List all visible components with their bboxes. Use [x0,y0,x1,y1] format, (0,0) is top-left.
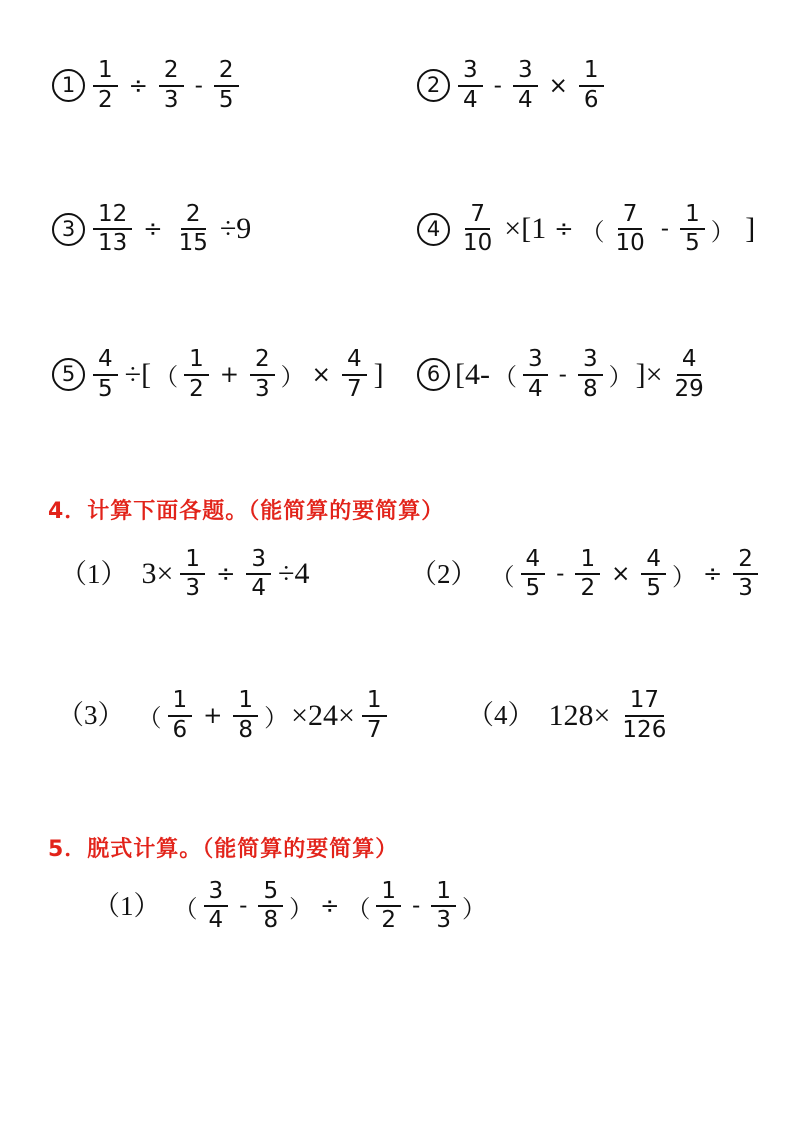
section5-row-1: （1）（34-58）÷（12-13） [93,879,793,935]
expression-token: ÷9 [220,214,251,244]
expression-token: ） [281,357,305,392]
fraction: 215 [174,202,213,258]
fraction-numerator: 4 [342,347,367,376]
expression-token: - [559,362,567,388]
fraction: 34 [246,547,271,603]
section4-problem-2: （2）（45-12×45）÷23 [410,547,763,603]
fraction-denominator: 3 [431,907,456,934]
fraction: 34 [523,347,548,403]
expression-token: ） [672,557,696,592]
expression-token: ） [609,357,633,392]
expression-token: ） [264,698,288,733]
fraction-denominator: 2 [575,575,600,602]
problem-circled-2: 234-34×16 [417,58,609,114]
fraction-denominator: 5 [680,230,705,257]
fraction: 710 [610,202,649,258]
problem-cell: （2）（45-12×45）÷23 [410,547,763,603]
fraction-numerator: 3 [204,879,229,908]
fraction-numerator: 3 [523,347,548,376]
problem-cell: （1）3×13÷34÷4 [60,547,410,603]
fraction: 38 [578,347,603,403]
fraction: 18 [233,688,258,744]
fraction-denominator: 5 [93,376,118,403]
fraction: 45 [641,547,666,603]
fraction-denominator: 6 [579,87,604,114]
problems-row-1: 112÷23-25 234-34×16 [52,58,793,114]
section5-heading: 5．脱式计算。（能简算的要简算） [48,832,793,863]
expression-token: ] [738,214,756,244]
expression-token: ） [711,212,735,247]
fraction-denominator: 4 [204,907,229,934]
problem-circled-6: 6[4-（34-38）]×429 [417,347,714,403]
problem-number-circled: 2 [417,69,450,102]
problem-circled-4: 4710×[1÷（710-15） ] [417,202,757,258]
fraction-numerator: 1 [575,547,600,576]
fraction-denominator: 8 [233,717,258,744]
problem-cell: （4）128×17126 [467,688,676,744]
fraction: 45 [93,347,118,403]
fraction: 17126 [617,688,671,744]
fraction: 34 [513,58,538,114]
expression-token: - [494,73,502,99]
expression-token: ÷ [216,561,235,587]
fraction: 17 [362,688,387,744]
fraction-denominator: 4 [246,575,271,602]
fraction: 23 [733,547,758,603]
expression-token: - [661,216,669,242]
fraction-numerator: 1 [168,688,193,717]
expression-token: ×[1 [504,214,546,244]
fraction-numerator: 2 [181,202,206,231]
expression-token: ÷ [554,216,573,242]
expression-token: ） [462,889,486,924]
problem-circled-1: 112÷23-25 [52,58,244,114]
expression-token: × [549,73,568,99]
fraction-denominator: 10 [458,230,497,257]
expression-token: - [195,73,203,99]
fraction-denominator: 13 [93,230,132,257]
fraction-numerator: 4 [641,547,666,576]
fraction-numerator: 2 [250,347,275,376]
fraction: 12 [93,58,118,114]
problem-cell: 4710×[1÷（710-15） ] [417,202,757,258]
problem-circled-3: 31213÷215÷9 [52,202,253,258]
expression-token: （ [491,557,515,592]
fraction-numerator: 7 [465,202,490,231]
fraction-numerator: 3 [513,58,538,87]
fraction-numerator: 1 [180,547,205,576]
fraction-denominator: 2 [376,907,401,934]
fraction: 45 [521,547,546,603]
fraction-denominator: 8 [258,907,283,934]
fraction-denominator: 126 [617,717,671,744]
fraction-denominator: 7 [362,717,387,744]
problem-label: （4） [467,702,535,729]
fraction: 34 [458,58,483,114]
fraction-denominator: 3 [159,87,184,114]
fraction: 15 [680,202,705,258]
expression-token: - [412,893,420,919]
problem-label: （3） [57,702,125,729]
problem-cell: 31213÷215÷9 [52,202,417,258]
expression-token: [4- [455,360,490,390]
fraction-denominator: 3 [733,575,758,602]
fraction: 13 [180,547,205,603]
section5-problem-1: （1）（34-58）÷（12-13） [93,879,487,935]
fraction-denominator: 6 [168,717,193,744]
fraction: 429 [670,347,709,403]
fraction: 1213 [93,202,132,258]
fraction: 16 [579,58,604,114]
problem-cell: 234-34×16 [417,58,609,114]
fraction-denominator: 5 [641,575,666,602]
fraction: 58 [258,879,283,935]
problem-number-circled: 3 [52,213,85,246]
fraction-numerator: 3 [458,58,483,87]
fraction: 12 [376,879,401,935]
fraction-numerator: 4 [677,347,702,376]
section4-problem-4: （4）128×17126 [467,688,676,744]
fraction-numerator: 3 [578,347,603,376]
section4-row-1: （1）3×13÷34÷4 （2）（45-12×45）÷23 [60,547,793,603]
problem-cell: （1）（34-58）÷（12-13） [93,879,487,935]
expression-token: - [239,893,247,919]
fraction: 16 [168,688,193,744]
expression-token: ） [289,889,313,924]
expression-token: + [203,703,222,729]
expression-token: 3× [142,559,174,589]
worksheet-page: 112÷23-25 234-34×16 31213÷215÷9 4710×[1÷… [0,0,793,1122]
problem-cell: 6[4-（34-38）]×429 [417,347,714,403]
fraction: 23 [159,58,184,114]
expression-token: ÷4 [278,559,309,589]
problems-row-3: 545÷[（12+23）×47] 6[4-（34-38）]×429 [52,347,793,403]
problem-cell: 545÷[（12+23）×47] [52,347,417,403]
expression-token: ] [374,360,384,390]
fraction-numerator: 1 [184,347,209,376]
fraction-numerator: 1 [579,58,604,87]
problem-number-circled: 6 [417,358,450,391]
fraction-denominator: 7 [342,376,367,403]
fraction: 710 [458,202,497,258]
fraction-numerator: 5 [258,879,283,908]
expression-token: （ [346,889,370,924]
fraction-denominator: 5 [214,87,239,114]
expression-token: ÷ [143,216,162,242]
fraction-denominator: 2 [184,376,209,403]
section4-problem-3: （3）（16+18）×24×17 [57,688,392,744]
fraction-numerator: 2 [159,58,184,87]
problem-number-circled: 5 [52,358,85,391]
section4-problem-1: （1）3×13÷34÷4 [60,547,311,603]
expression-token: ]× [636,360,663,390]
fraction-numerator: 1 [233,688,258,717]
problem-circled-5: 545÷[（12+23）×47] [52,347,386,403]
fraction-denominator: 8 [578,376,603,403]
fraction-numerator: 1 [431,879,456,908]
expression-token: （ [580,212,604,247]
problem-label: （1） [93,893,161,920]
fraction-numerator: 1 [680,202,705,231]
expression-token: ÷ [703,561,722,587]
fraction: 12 [575,547,600,603]
fraction-denominator: 2 [93,87,118,114]
fraction-denominator: 29 [670,376,709,403]
problem-cell: 112÷23-25 [52,58,417,114]
expression-token: - [556,561,564,587]
fraction-numerator: 2 [733,547,758,576]
fraction-numerator: 7 [618,202,643,231]
fraction: 34 [204,879,229,935]
fraction-numerator: 12 [93,202,132,231]
section4-row-2: （3）（16+18）×24×17 （4）128×17126 [57,688,793,744]
expression-token: （ [138,698,162,733]
fraction-numerator: 17 [625,688,664,717]
expression-token: × [312,362,331,388]
expression-token: （ [493,357,517,392]
fraction: 23 [250,347,275,403]
problem-number-circled: 4 [417,213,450,246]
expression-token: × [611,561,630,587]
problem-number-circled: 1 [52,69,85,102]
fraction-denominator: 4 [513,87,538,114]
expression-token: + [220,362,239,388]
fraction-denominator: 4 [458,87,483,114]
fraction-numerator: 4 [93,347,118,376]
problem-label: （2） [410,561,478,588]
fraction-numerator: 2 [214,58,239,87]
fraction-numerator: 3 [246,547,271,576]
fraction-denominator: 10 [610,230,649,257]
fraction-denominator: 3 [180,575,205,602]
fraction: 25 [214,58,239,114]
expression-token: ÷ [320,893,339,919]
fraction-numerator: 1 [93,58,118,87]
problems-row-2: 31213÷215÷9 4710×[1÷（710-15） ] [52,202,793,258]
fraction-numerator: 1 [376,879,401,908]
expression-token: 128× [549,701,611,731]
expression-token: （ [154,357,178,392]
fraction: 12 [184,347,209,403]
fraction-denominator: 15 [174,230,213,257]
fraction: 13 [431,879,456,935]
problem-label: （1） [60,561,128,588]
fraction-denominator: 3 [250,376,275,403]
section4-heading: 4．计算下面各题。（能简算的要简算） [48,494,793,525]
problem-cell: （3）（16+18）×24×17 [57,688,467,744]
expression-token: （ [174,889,198,924]
expression-token: ×24× [291,701,355,731]
expression-token: ÷ [129,73,148,99]
expression-token: ÷[ [125,360,151,390]
fraction-denominator: 5 [521,575,546,602]
fraction: 47 [342,347,367,403]
fraction-numerator: 1 [362,688,387,717]
fraction-denominator: 4 [523,376,548,403]
fraction-numerator: 4 [521,547,546,576]
